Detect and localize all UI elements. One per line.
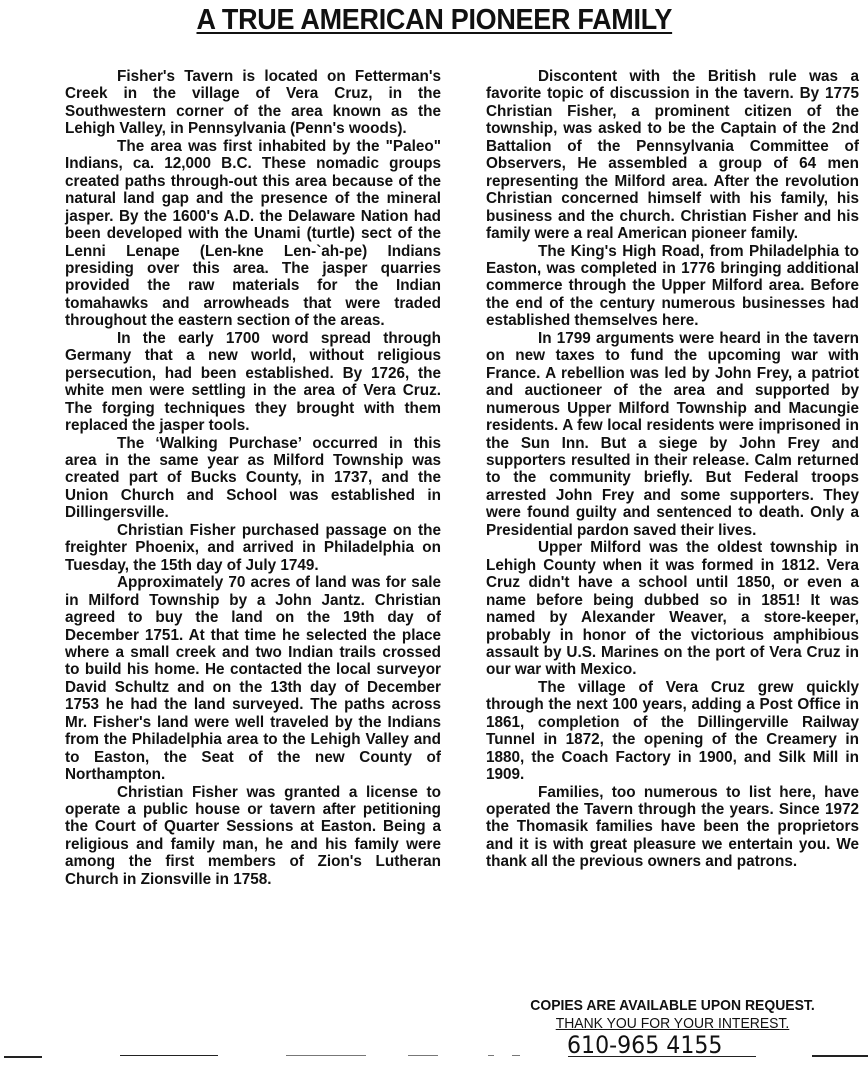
- paragraph-upper-milford: Upper Milford was the oldest township in…: [486, 539, 859, 679]
- bottom-rule-3: [286, 1055, 366, 1056]
- bottom-rule-5: [488, 1055, 494, 1056]
- bottom-rule-7: [812, 1055, 868, 1057]
- paragraph-early-1700: In the early 1700 word spread through Ge…: [65, 330, 441, 435]
- paragraph-proprietors: Families, too numerous to list here, hav…: [486, 784, 859, 871]
- paragraph-british-rule: Discontent with the British rule was a f…: [486, 68, 859, 243]
- paragraph-walking-purchase: The ‘Walking Purchase’ occurred in this …: [65, 435, 441, 522]
- left-column: Fisher's Tavern is located on Fetterman'…: [65, 68, 441, 888]
- document-title: A TRUE AMERICAN PIONEER FAMILY: [0, 2, 868, 38]
- right-column: Discontent with the British rule was a f…: [486, 68, 859, 871]
- handwritten-phone-number: 610-965 4155: [567, 1031, 722, 1059]
- paragraph-frey-rebellion: In 1799 arguments were heard in the tave…: [486, 330, 859, 539]
- footer-notes: COPIES ARE AVAILABLE UPON REQUEST. THANK…: [486, 996, 859, 1033]
- paragraph-tavern-license: Christian Fisher was granted a license t…: [65, 784, 441, 889]
- bottom-rule-4: [408, 1055, 438, 1056]
- paragraph-paleo-indians: The area was first inhabited by the "Pal…: [65, 138, 441, 330]
- paragraph-phoenix-passage: Christian Fisher purchased passage on th…: [65, 522, 441, 574]
- copies-available-note: COPIES ARE AVAILABLE UPON REQUEST.: [499, 996, 846, 1015]
- paragraph-land-purchase: Approximately 70 acres of land was for s…: [65, 574, 441, 783]
- bottom-rule-1: [4, 1056, 42, 1058]
- bottom-rule-6: [512, 1055, 520, 1056]
- paragraph-fishers-tavern-location: Fisher's Tavern is located on Fetterman'…: [65, 68, 441, 138]
- paragraph-kings-high-road: The King's High Road, from Philadelphia …: [486, 243, 859, 330]
- bottom-rule-2: [120, 1055, 218, 1056]
- phone-underline: [568, 1056, 756, 1057]
- paragraph-village-growth: The village of Vera Cruz grew quickly th…: [486, 679, 859, 784]
